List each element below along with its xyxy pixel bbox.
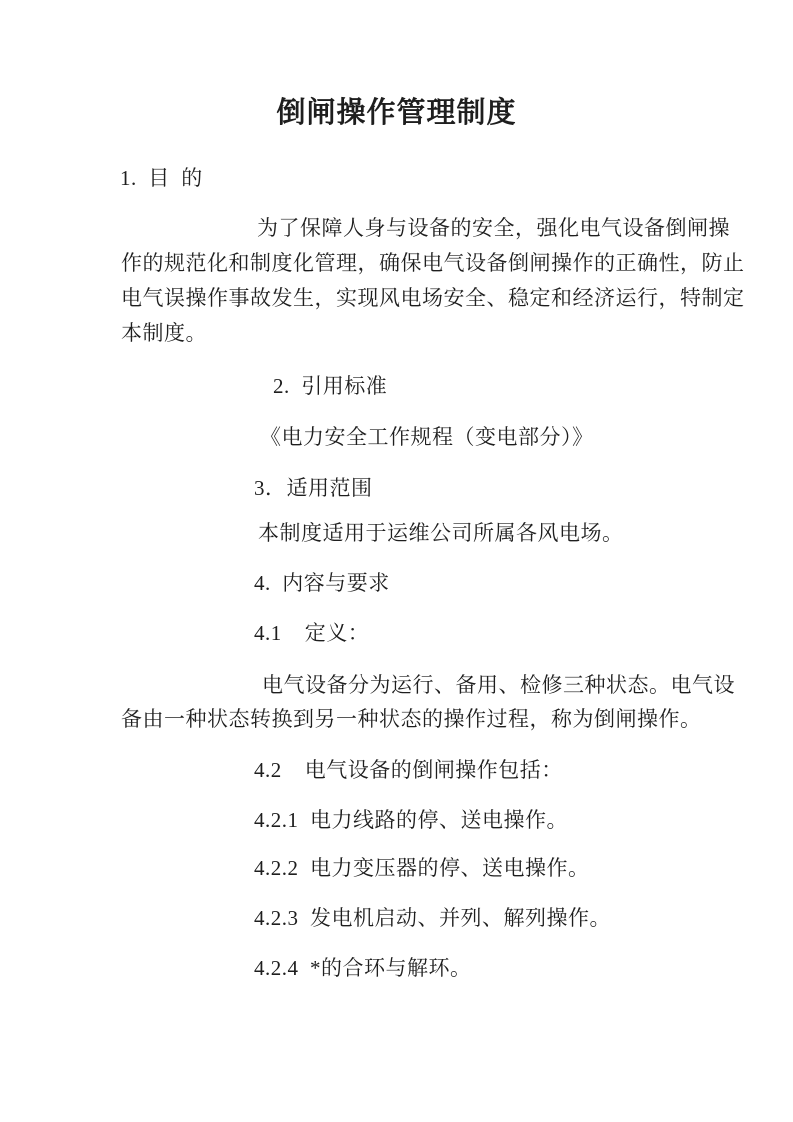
clause-4-1-heading: 4.1 定义： (254, 618, 369, 648)
purpose-paragraph-line: 作的规范化和制度化管理，确保电气设备倒闸操作的正确性，防止 (121, 248, 745, 278)
list-item-4-2-1: 4.2.1 电力线路的停、送电操作。 (254, 805, 568, 835)
document-title: 倒闸操作管理制度 (0, 95, 793, 131)
list-item-4-2-2: 4.2.2 电力变压器的停、送电操作。 (254, 853, 590, 883)
definition-paragraph-line: 电气设备分为运行、备用、检修三种状态。电气设 (262, 670, 735, 700)
section-4-heading: 4. 内容与要求 (254, 568, 390, 598)
purpose-paragraph-line: 电气误操作事故发生，实现风电场安全、稳定和经济运行，特制定 (121, 283, 745, 313)
section-3-heading: 3．适用范围 (254, 473, 373, 503)
document-page: 倒闸操作管理制度 1. 目 的 为了保障人身与设备的安全，强化电气设备倒闸操 作… (0, 0, 793, 1122)
section-1-heading: 1. 目 的 (120, 163, 203, 193)
list-item-4-2-3: 4.2.3 发电机启动、并列、解列操作。 (254, 903, 611, 933)
scope-text: 本制度适用于运维公司所属各风电场。 (258, 518, 624, 548)
definition-paragraph-line: 备由一种状态转换到另一种状态的操作过程，称为倒闸操作。 (121, 704, 702, 734)
list-item-4-2-4: 4.2.4 *的合环与解环。 (254, 953, 472, 983)
reference-standard-text: 《电力安全工作规程（变电部分）》 (260, 422, 594, 452)
purpose-paragraph-line: 为了保障人身与设备的安全，强化电气设备倒闸操 (257, 213, 730, 243)
clause-4-2-heading: 4.2 电气设备的倒闸操作包括： (254, 755, 563, 785)
section-2-heading: 2. 引用标准 (273, 371, 387, 401)
purpose-paragraph-line: 本制度。 (121, 318, 207, 348)
